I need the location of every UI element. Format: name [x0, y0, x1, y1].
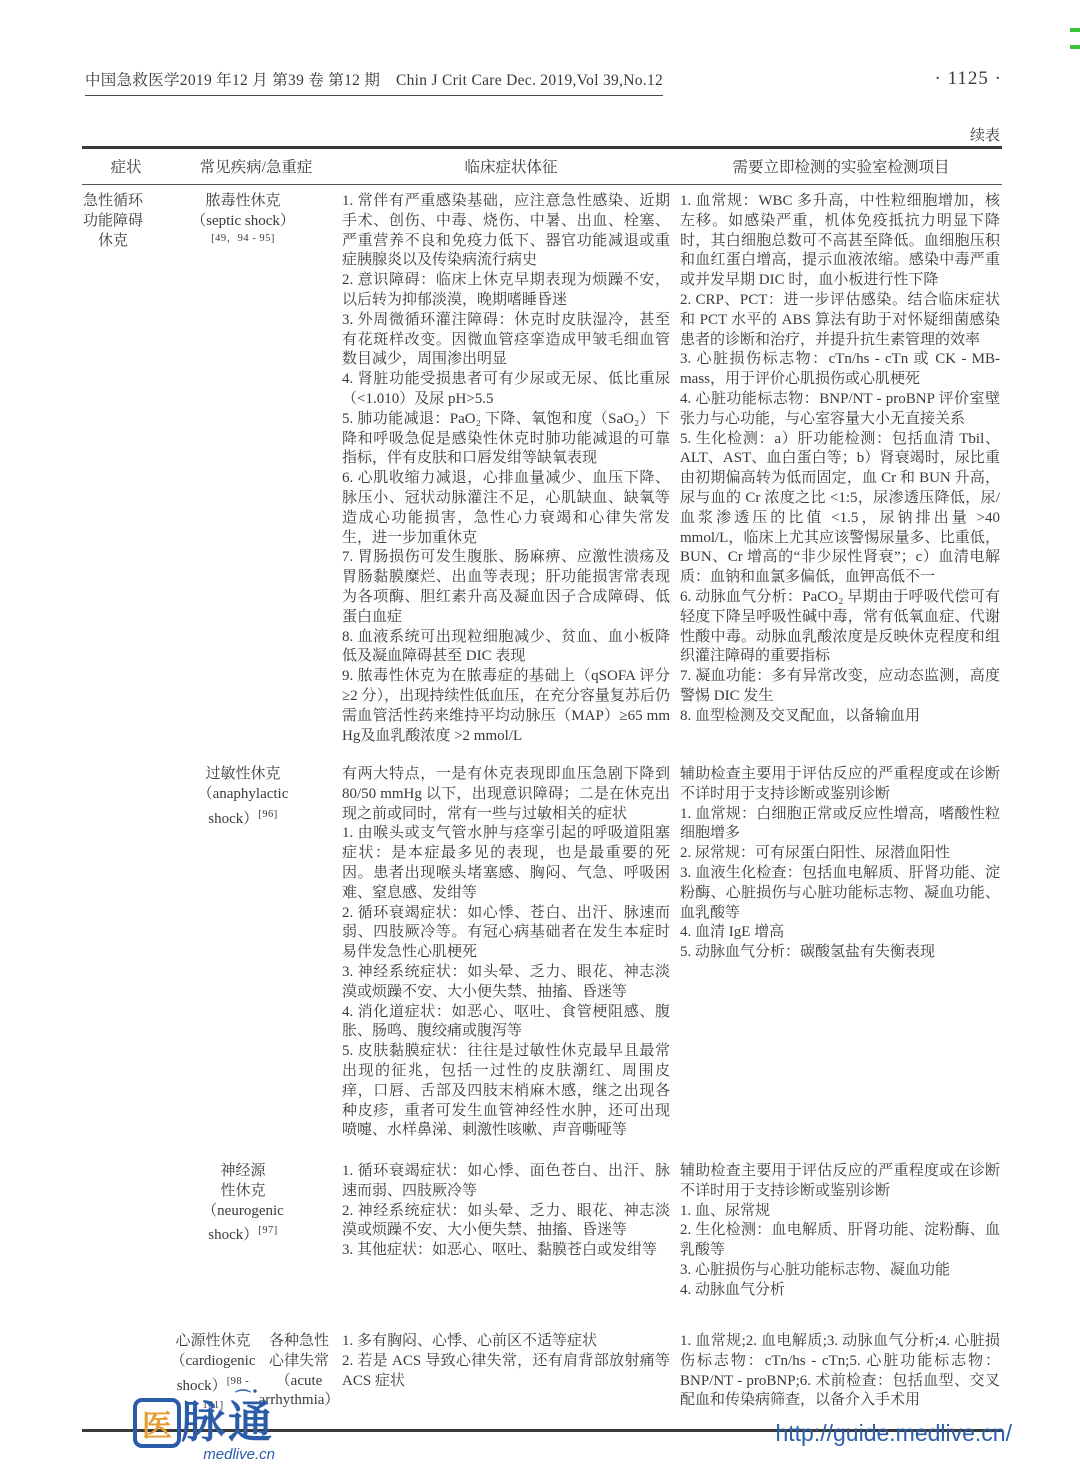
clinical-item: 3. 其他症状：如恶心、呕吐、黏膜苍白或发绀等: [342, 1241, 670, 1261]
symptom-line: 急性循环: [82, 192, 144, 212]
clinical-item: 3. 外周微循环灌注障碍：休克时皮肤湿冷，甚至有花斑样改变。因微血管痉挛造成甲皱…: [342, 311, 670, 370]
disease-name-en: shock）[96]: [170, 805, 316, 830]
clinical-item: 1. 常伴有严重感染基础，应注意急性感染、近期手术、创伤、中毒、烧伤、中暑、出血…: [342, 192, 670, 271]
lab-item: 2. CRP、PCT：进一步评估感染。结合临床症状和 PCT 水平的 ABS 算…: [680, 291, 1000, 350]
lab-item: 8. 血型检测及交叉配血，以备输血用: [680, 707, 1000, 727]
column-header-symptom: 症状: [82, 155, 170, 177]
lab-item: 3. 血液生化检查：包括血电解质、肝肾功能、淀粉酶、心脏损伤与心脏功能标志物、凝…: [680, 864, 1000, 923]
lab-item: 1. 血常规;2. 血电解质;3. 动脉血气分析;4. 心脏损伤标志物：cTn/…: [680, 1332, 1000, 1411]
disease-name-zh: 过敏性休克: [170, 765, 316, 785]
clinical-item: 2. 意识障碍：临床上休克早期表现为烦躁不安，以后转为抑郁淡漠，晚期嗜睡昏迷: [342, 271, 670, 311]
disease-name-zh: 脓毒性休克: [170, 192, 316, 212]
disease-name-en: （septic shock）: [170, 212, 316, 232]
scan-artifact-mark: [1070, 28, 1080, 32]
page-header: 中国急救医学2019 年12 月 第39 卷 第12 期 Chin J Crit…: [85, 68, 1002, 96]
clinical-item: 4. 肾脏功能受损患者可有少尿或无尿、低比重尿（<1.010）及尿 pH>5.5: [342, 370, 670, 410]
lab-item: 1. 血、尿常规: [680, 1202, 1000, 1222]
clinical-item: 2. 若是 ACS 导致心律失常，还有肩背部放射痛等 ACS 症状: [342, 1352, 670, 1392]
symptom-line: 功能障碍: [82, 212, 144, 232]
reference-superscript: [97]: [258, 1225, 278, 1236]
guide-medlive-link[interactable]: http://guide.medlive.cn/: [775, 1420, 1012, 1447]
lab-item: 7. 凝血功能：多有异常改变，应动态监测，高度警惕 DIC 发生: [680, 667, 1000, 707]
page-number: · 1125 ·: [935, 68, 1002, 90]
lab-item: 2. 生化检测：血电解质、肝肾功能、淀粉酶、血乳酸等: [680, 1221, 1000, 1261]
clinical-signs-cell: 1. 循环衰竭症状：如心悸、面色苍白、出汗、脉速而弱、四肢厥冷等2. 神经系统症…: [342, 1162, 680, 1325]
disease-name-line: 各种急性: [256, 1332, 342, 1352]
lab-item: 2. 尿常规：可有尿蛋白阳性、尿潜血阳性: [680, 844, 1000, 864]
clinical-item: 5. 肺功能减退：PaO₂ 下降、氧饱和度（SaO₂）下降和呼吸急促是感染性休克…: [342, 410, 670, 469]
lab-tests-cell: 辅助检查主要用于评估反应的严重程度或在诊断不详时用于支持诊断或鉴别诊断1. 血、…: [680, 1162, 1002, 1325]
scan-artifact-mark: [1070, 45, 1080, 49]
lab-item: 辅助检查主要用于评估反应的严重程度或在诊断不详时用于支持诊断或鉴别诊断: [680, 1162, 1000, 1202]
medlive-logo[interactable]: 医 脉通⌒̇ medlive.cn: [133, 1398, 275, 1463]
disease-cell-anaphylactic: 过敏性休克 （anaphylactic shock）[96]: [170, 765, 342, 1155]
signal-icon: ⌒̇: [235, 1391, 254, 1407]
table-row-neurogenic-shock: 神经源 性休克 （neurogenic shock）[97] 1. 循环衰竭症状…: [82, 1155, 1002, 1325]
lab-item: 6. 动脉血气分析：PaCO₂ 早期由于呼吸代偿可有轻度下降呈呼吸性碱中毒，常有…: [680, 588, 1000, 667]
lab-tests-cell: 1. 血常规;2. 血电解质;3. 动脉血气分析;4. 心脏损伤标志物：cTn/…: [680, 1332, 1002, 1421]
clinical-item: 7. 胃肠损伤可发生腹胀、肠麻痹、应激性溃疡及胃肠黏膜糜烂、出血等表现；肝功能损…: [342, 548, 670, 627]
disease-name-zh: 心源性休克: [170, 1332, 256, 1352]
clinical-item: 4. 消化道症状：如恶心、呕吐、食管梗阻感、腹胀、肠鸣、腹绞痛或腹泻等: [342, 1003, 670, 1043]
symptom-line: 休克: [82, 232, 144, 252]
journal-title: 中国急救医学2019 年12 月 第39 卷 第12 期 Chin J Crit…: [85, 68, 663, 96]
lab-item: 辅助检查主要用于评估反应的严重程度或在诊断不详时用于支持诊断或鉴别诊断: [680, 765, 1000, 805]
medlive-logo-box-icon: 医: [133, 1398, 181, 1448]
journal-page: 中国急救医学2019 年12 月 第39 卷 第12 期 Chin J Crit…: [0, 0, 1080, 1470]
lab-tests-cell: 1. 血常规：WBC 多升高，中性粒细胞增加，核左移。如感染严重，机体免疫抵抗力…: [680, 192, 1002, 758]
lab-item: 1. 血常规：白细胞正常或反应性增高，嗜酸性粒细胞增多: [680, 805, 1000, 845]
disease-name-en: shock）[97]: [170, 1221, 316, 1246]
column-header-disease: 常见疾病/急重症: [170, 155, 342, 177]
clinical-signs-cell: 1. 常伴有严重感染基础，应注意急性感染、近期手术、创伤、中毒、烧伤、中暑、出血…: [342, 192, 680, 758]
column-header-labs: 需要立即检测的实验室检测项目: [680, 155, 1002, 177]
table-row-septic-shock: 急性循环功能障碍休克 脓毒性休克 （septic shock） [49，94 -…: [82, 185, 1002, 758]
clinical-item: 1. 循环衰竭症状：如心悸、面色苍白、出汗、脉速而弱、四肢厥冷等: [342, 1162, 670, 1202]
medlive-logo-text: 脉通⌒̇: [181, 1401, 275, 1445]
disease-name-line: 心律失常: [256, 1352, 342, 1372]
clinical-item: 1. 由喉头或支气管水肿与痉挛引起的呼吸道阻塞症状：是本症最多见的表现，也是最重…: [342, 824, 670, 903]
clinical-item: 1. 多有胸闷、心悸、心前区不适等症状: [342, 1332, 670, 1352]
disease-name-zh: 性休克: [170, 1182, 316, 1202]
clinical-item: 3. 神经系统症状：如头晕、乏力、眼花、神志淡漠或烦躁不安、大小便失禁、抽搐、昏…: [342, 963, 670, 1003]
clinical-item: 9. 脓毒性休克为在脓毒症的基础上（qSOFA 评分≥2 分），出现持续性低血压…: [342, 667, 670, 746]
disease-cell-neurogenic: 神经源 性休克 （neurogenic shock）[97]: [170, 1162, 342, 1325]
column-header-clinical: 临床症状体征: [342, 155, 680, 177]
table-row-anaphylactic-shock: 过敏性休克 （anaphylactic shock）[96] 有两大特点，一是有…: [82, 758, 1002, 1155]
clinical-item: 有两大特点，一是有休克表现即血压急剧下降到80/50 mmHg 以下，出现意识障…: [342, 765, 670, 824]
reference-superscript: [49，94 - 95]: [170, 232, 316, 245]
disease-cell-septic: 脓毒性休克 （septic shock） [49，94 - 95]: [170, 192, 342, 758]
clinical-item: 6. 心肌收缩力减退，心排血量减少、血压下降、脉压小、冠状动脉灌注不足，心肌缺血…: [342, 469, 670, 548]
lab-item: 4. 心脏功能标志物：BNP/NT - proBNP 评价室壁张力与心功能，与心…: [680, 390, 1000, 430]
medlive-logo-domain: medlive.cn: [133, 1446, 275, 1463]
lab-item: 1. 血常规：WBC 多升高，中性粒细胞增加，核左移。如感染严重，机体免疫抵抗力…: [680, 192, 1000, 291]
clinical-item: 2. 神经系统症状：如头晕、乏力、眼花、神志淡漠或烦躁不安、大小便失禁、抽搐、昏…: [342, 1202, 670, 1242]
symptom-cell: [82, 1162, 170, 1325]
reference-superscript: [96]: [258, 809, 278, 820]
lab-item: 4. 血清 IgE 增高: [680, 923, 1000, 943]
clinical-item: 5. 皮肤黏膜症状：往往是过敏性休克最早且最常出现的征兆，包括一过性的皮肤潮红、…: [342, 1042, 670, 1141]
lab-item: 5. 动脉血气分析：碳酸氢盐有失衡表现: [680, 943, 1000, 963]
lab-item: 3. 心脏损伤标志物：cTn/hs - cTn 或 CK - MB-mass，用…: [680, 350, 1000, 390]
lab-item: 5. 生化检测：a）肝功能检测：包括血清 Tbil、ALT、AST、血白蛋白等；…: [680, 430, 1000, 588]
lab-item: 4. 动脉血气分析: [680, 1281, 1000, 1301]
lab-item: 3. 心脏损伤与心脏功能标志物、凝血功能: [680, 1261, 1000, 1281]
symptom-cell: [82, 765, 170, 1155]
disease-name-zh: 神经源: [170, 1162, 316, 1182]
disease-name-en: （neurogenic: [170, 1202, 316, 1222]
clinical-signs-cell: 1. 多有胸闷、心悸、心前区不适等症状2. 若是 ACS 导致心律失常，还有肩背…: [342, 1332, 680, 1421]
clinical-item: 2. 循环衰竭症状：如心悸、苍白、出汗、脉速而弱、四肢厥冷等。有冠心病基础者在发…: [342, 904, 670, 963]
lab-tests-cell: 辅助检查主要用于评估反应的严重程度或在诊断不详时用于支持诊断或鉴别诊断1. 血常…: [680, 765, 1002, 1155]
table-header-row: 症状 常见疾病/急重症 临床症状体征 需要立即检测的实验室检测项目: [82, 149, 1002, 185]
shock-types-table: 症状 常见疾病/急重症 临床症状体征 需要立即检测的实验室检测项目 急性循环功能…: [82, 146, 1002, 1432]
continued-table-label: 续表: [970, 124, 1000, 145]
disease-name-en: （anaphylactic: [170, 785, 316, 805]
symptom-cell: 急性循环功能障碍休克: [82, 192, 170, 758]
disease-name-en: （cardiogenic: [170, 1352, 256, 1372]
clinical-item: 8. 血液系统可出现粒细胞减少、贫血、血小板降低及凝血障碍甚至 DIC 表现: [342, 628, 670, 668]
clinical-signs-cell: 有两大特点，一是有休克表现即血压急剧下降到80/50 mmHg 以下，出现意识障…: [342, 765, 680, 1155]
disease-name-line: （acute: [256, 1372, 342, 1392]
